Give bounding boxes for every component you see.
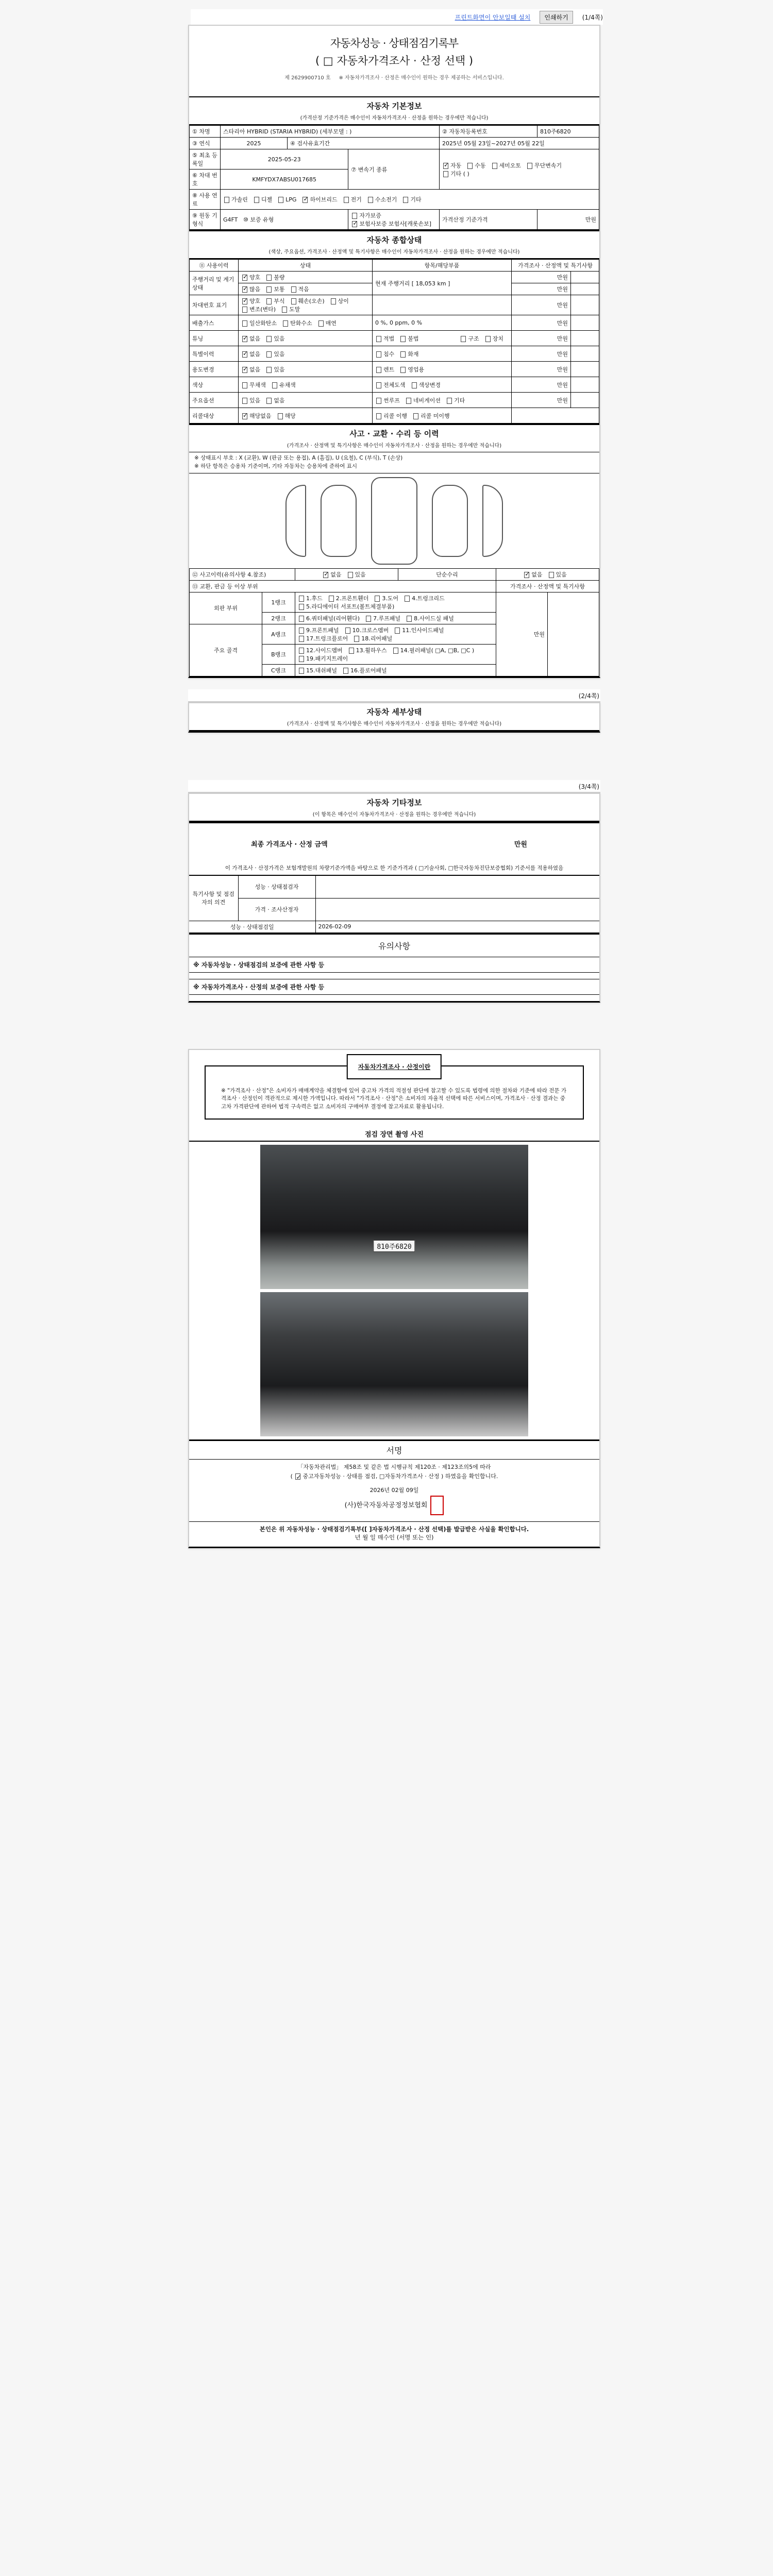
checkbox[interactable] [395, 628, 400, 634]
signature-title: 서명 [189, 1439, 599, 1460]
label: ② 자동차등록번호 [440, 126, 537, 138]
car-rear-icon [432, 485, 468, 557]
legend-note: ※ 하단 항목은 승용차 기준이며, 기타 자동차는 승용차에 준하여 표시 [194, 463, 594, 471]
option-label: 불량 [274, 274, 284, 281]
column-header: 상태 [239, 260, 373, 272]
checkbox[interactable] [242, 351, 247, 358]
table-row: 주행거리 및 계기상태양호불량현재 주행거리 [ 18,053 km ]만원 [190, 272, 599, 283]
checkbox[interactable] [345, 628, 350, 634]
checkbox[interactable] [366, 616, 371, 622]
part-label: 12.사이드멤버 [306, 647, 343, 654]
checkbox[interactable] [443, 171, 448, 177]
notes-section-2: ※ 자동차가격조사 · 산정의 보증에 관한 사항 등 [189, 979, 599, 995]
print-button[interactable]: 인쇄하기 [540, 11, 573, 24]
option-label: 썬루프 [383, 397, 400, 404]
page-3-number: (3/4쪽) [188, 780, 600, 793]
column-header: ⑪ 사용이력 [190, 260, 239, 272]
print-help-link[interactable]: 프린트화면이 안보일때 설치 [455, 13, 531, 22]
table-row: 특별이력없음있음침수화재만원 [190, 346, 599, 362]
option-label: 없음 [330, 571, 341, 578]
notes-title: 유의사항 [189, 933, 599, 957]
option-label: 보험사보증 보험사[캐롯손보] [359, 221, 431, 227]
detail-title: 자동차 세부상태 [189, 703, 599, 718]
signature-confirm: 중고자동차성능 · 상태를 점검, □자동차가격조사 · 산정 ) 하였음을 확… [303, 1473, 498, 1480]
checkbox[interactable] [299, 656, 304, 662]
checkbox[interactable] [318, 320, 324, 327]
checkbox[interactable] [331, 298, 336, 304]
other-info-subtitle: (이 항목은 매수인이 자동차가격조사 · 산정을 원하는 경우에만 적습니다) [189, 809, 599, 822]
option-label: 양호 [249, 298, 260, 304]
checkbox[interactable] [524, 572, 529, 578]
label: ⑩ 보증 유형 [243, 216, 274, 223]
option-label: 화재 [408, 351, 418, 358]
car-right-side-icon [482, 485, 503, 557]
checkbox[interactable] [343, 668, 348, 674]
checkbox[interactable] [254, 197, 259, 203]
option-label: 양호 [249, 274, 260, 281]
option-label: 자동 [450, 162, 461, 169]
warranty-options: 자가보증보험사보증 보험사[캐롯손보] [348, 210, 440, 230]
checkbox[interactable] [242, 367, 247, 373]
document-header: 자동차성능 · 상태점검기록부 ( □ 자동차가격조사 · 산정 선택 ) 제 … [189, 26, 599, 97]
label: ⑨ 원동 기형식 [190, 210, 221, 230]
page-2: 자동차 세부상태 (가격조사 · 산정액 및 특기사항은 매수인이 자동차가격조… [188, 702, 600, 733]
checkbox[interactable] [242, 298, 247, 304]
symbol-legend: ※ 상태표시 부호 : X (교환), W (판금 또는 용접), A (흠집)… [194, 454, 594, 463]
option-label: 네비게이션 [413, 397, 441, 404]
accident-title: 사고 · 교환 · 수리 등 이력 [189, 423, 599, 440]
option-label: 있음 [274, 351, 284, 358]
table-row: 외판 부위1랭크1.후드2.프론트휀더3.도어4.트렁크리드5.라디에이터 서포… [190, 592, 599, 612]
basic-info-title: 자동차 기본정보 [189, 97, 599, 112]
checkbox[interactable] [352, 213, 357, 219]
checkbox[interactable] [278, 413, 283, 419]
checkbox[interactable] [272, 382, 277, 388]
option-label: 있음 [355, 571, 366, 578]
option-label: 전기 [351, 196, 362, 203]
label: ③ 연식 [190, 138, 221, 149]
definition-box: 자동차가격조사 · 산정이란 ※ "가격조사 · 산정"은 소비자가 매매계약을… [205, 1065, 584, 1120]
overall-title: 자동차 종합상태 [189, 230, 599, 246]
checkbox[interactable] [266, 298, 272, 304]
checkbox[interactable] [344, 197, 349, 203]
basic-info-subtitle: (가격산정 기준가격은 매수인이 자동차가격조사 · 산정을 원하는 경우에만 … [189, 112, 599, 125]
page-2-number: (2/4쪽) [188, 689, 600, 702]
table-row: 튜닝없음있음적법불법구조장치만원 [190, 331, 599, 346]
checkbox[interactable] [242, 286, 247, 293]
label: 특기사항 및 점검자의 의견 [189, 875, 238, 921]
checkbox[interactable] [282, 307, 287, 313]
table-row: 배출가스일산화탄소탄화수소매연0 %, 0 ppm, 0 %만원 [190, 315, 599, 331]
label: 성능 · 상태점검일 [189, 921, 315, 933]
toolbar: 프린트화면이 안보일때 설치 인쇄하기 (1/4쪽) [191, 9, 603, 25]
column-header: 항목/해당부품 [373, 260, 512, 272]
checkbox[interactable] [407, 616, 412, 622]
label: 성능 · 상태점검자 [238, 875, 315, 898]
option-label: 기타 ( ) [450, 171, 469, 177]
checkbox[interactable] [242, 398, 247, 404]
price-basis: 이 가격조사 · 산정가격은 보험개발원의 차량기준가액을 바탕으로 한 기준가… [189, 861, 599, 875]
accident-table: ⑫ 사고이력(유의사항 4.참조)없음있음단순수리없음있음⑬ 교환, 판금 등 … [189, 568, 599, 676]
part-label: 18.리어패널 [361, 635, 392, 642]
checkbox[interactable] [299, 648, 304, 654]
option-label: 하이브리드 [310, 196, 337, 203]
receipt-statement: 본인은 위 자동차성능 · 상태점검기록부([ ]자동차가격조사 · 산정 선택… [189, 1525, 599, 1533]
checkbox[interactable] [461, 336, 466, 342]
option-label: 훼손(오손) [298, 298, 325, 304]
option-label: 있음 [556, 571, 567, 578]
part-label: 3.도어 [382, 595, 398, 602]
table-row: 색상무채색유채색전체도색색상변경만원 [190, 377, 599, 393]
checkbox[interactable] [413, 413, 418, 419]
checkbox[interactable] [266, 351, 272, 358]
option-label: 탄화수소 [290, 320, 312, 327]
car-diagram [189, 473, 599, 568]
checkbox[interactable] [242, 336, 247, 342]
option-label: 적법 [383, 335, 394, 342]
inspection-date: 2026-02-09 [315, 921, 599, 933]
final-price-label: 최종 가격조사 · 산정 금액 [251, 839, 328, 849]
checkbox[interactable] [400, 367, 406, 373]
label: ④ 검사유효기간 [288, 138, 440, 149]
option-label: 기타 [410, 196, 421, 203]
part-label: 2.프론트휀더 [336, 595, 369, 602]
buyer-signature[interactable]: 년 월 일 매수인 (서명 또는 인) [189, 1533, 599, 1541]
inspection-photo-rear [260, 1292, 528, 1436]
option-label: 없음 [249, 351, 260, 358]
option-label: 영업용 [408, 366, 424, 373]
checkbox[interactable] [348, 572, 353, 578]
table-row: 차대번호 표기양호부식훼손(오손)상이변조(변타)도말만원 [190, 295, 599, 315]
notes-section-1: ※ 자동차성능 · 상태점검의 보증에 관한 사항 등 [189, 957, 599, 973]
accident-subtitle: (가격조사 · 산정액 및 특기사항은 매수인이 자동차가격조사 · 산정을 원… [189, 440, 599, 452]
detail-subtitle: (가격조사 · 산정액 및 특기사항은 매수인이 자동차가격조사 · 산정을 원… [189, 718, 599, 731]
service-note: ※ 자동차가격조사 · 산정은 매수인이 원하는 경우 제공하는 서비스입니다. [339, 75, 503, 81]
checkbox[interactable] [376, 398, 381, 404]
option-label: 유채색 [279, 382, 296, 388]
checkbox[interactable] [400, 351, 406, 358]
first-registration: 2025-05-23 [221, 149, 348, 170]
photo-plate: 810주6820 [373, 1240, 415, 1252]
part-label: 19.패키지트레이 [306, 655, 348, 662]
signature-date: 2026년 02월 09일 [189, 1486, 599, 1496]
checkbox[interactable] [299, 668, 304, 674]
page-1: 자동차성능 · 상태점검기록부 ( □ 자동차가격조사 · 산정 선택 ) 제 … [188, 25, 600, 678]
checkbox[interactable] [467, 163, 473, 169]
car-top-icon [371, 477, 417, 565]
option-label: 구조 [468, 335, 479, 342]
checkbox[interactable] [376, 336, 381, 342]
option-label: 침수 [383, 351, 394, 358]
seal-icon [430, 1496, 444, 1515]
fuel-options: 가솔린디젤LPG하이브리드전기수소전기기타 [221, 190, 599, 210]
document-subtitle: ( □ 자동차가격조사 · 산정 선택 ) [189, 53, 599, 68]
label: ⑥ 차대 번호 [190, 170, 221, 190]
notes-2 [189, 995, 599, 1001]
option-label: 리콜 미이행 [421, 413, 450, 419]
checkbox[interactable] [291, 298, 296, 304]
checkbox[interactable] [278, 197, 283, 203]
vin: KMFYDX7ABSU017685 [221, 170, 348, 190]
option-label: 세미오토 [499, 162, 522, 169]
checkbox[interactable] [443, 163, 448, 169]
page-3: 자동차 기타정보 (이 항목은 매수인이 자동차가격조사 · 산정을 원하는 경… [188, 793, 600, 1003]
photos-title: 점검 장면 촬영 사진 [189, 1124, 599, 1142]
checkbox[interactable] [299, 636, 304, 642]
option-label: 적음 [298, 286, 309, 293]
organization: (사)한국자동차공정정보협회 [345, 1501, 428, 1509]
checkbox[interactable] [352, 221, 357, 227]
checkbox[interactable] [376, 367, 381, 373]
inspection-photo-front: 810주6820 [260, 1145, 528, 1289]
signature-law: 「자동차관리법」 제58조 및 같은 법 시행규칙 제120조 · 제123조의… [189, 1463, 599, 1472]
part-label: 7.루프패널 [373, 615, 400, 622]
option-label: 장치 [493, 335, 503, 342]
column-header: 가격조사 · 산정액 및 특기사항 [512, 260, 599, 272]
option-label: 없음 [274, 397, 284, 404]
part-label: 4.트렁크리드 [412, 595, 445, 602]
part-label: 11.인사이드패널 [402, 627, 444, 634]
option-label: 없음 [249, 335, 260, 342]
checkbox[interactable] [447, 398, 452, 404]
engine-type: G4FT [223, 216, 238, 223]
checkbox[interactable] [412, 382, 417, 388]
option-label: 없음 [531, 571, 542, 578]
checkbox[interactable] [349, 648, 354, 654]
option-label: 해당 [285, 413, 296, 419]
option-label: 수소전기 [375, 196, 397, 203]
option-label: 자가보증 [359, 212, 381, 219]
checkbox[interactable] [492, 163, 497, 169]
option-label: 없음 [249, 366, 260, 373]
option-label: 해당없음 [249, 413, 272, 419]
checkbox[interactable] [354, 636, 359, 642]
option-label: 도말 [289, 306, 300, 313]
checkbox[interactable] [549, 572, 554, 578]
part-label: 14.필러패널( □A, □B, □C ) [400, 647, 475, 654]
checkbox[interactable] [376, 382, 381, 388]
checkbox[interactable] [299, 616, 304, 622]
option-label: 기타 [454, 397, 465, 404]
option-label: 불법 [408, 335, 418, 342]
opinion-table: 특기사항 및 점검자의 의견 성능 · 상태점검자 가격 · 조사산정자 성능 … [189, 875, 599, 933]
model-year: 2025 [221, 138, 288, 149]
option-label: 색상변경 [419, 382, 441, 388]
checkbox[interactable] [266, 286, 272, 293]
checkbox[interactable] [329, 596, 334, 602]
other-info-title: 자동차 기타정보 [189, 794, 599, 809]
checkbox[interactable] [299, 604, 304, 610]
transmission-options: 자동수동세미오토무단변속기기타 ( ) [440, 149, 599, 190]
label: ⑦ 변속기 종류 [348, 149, 440, 190]
option-label: 있음 [249, 397, 260, 404]
option-label: 보통 [274, 286, 284, 293]
basic-info-table: ① 차명 스타리아 HYBRID (STARIA HYBRID) (세부모델 :… [189, 125, 599, 230]
label: 가격 · 조사산정자 [238, 898, 315, 921]
checkbox[interactable] [375, 596, 380, 602]
checkbox[interactable] [393, 648, 398, 654]
base-price-unit: 만원 [537, 210, 599, 230]
final-price-unit: 만원 [514, 839, 527, 849]
option-label: 리콜 이행 [383, 413, 407, 419]
table-row: 주요옵션있음없음썬루프네비게이션기타만원 [190, 393, 599, 408]
checkbox[interactable] [323, 572, 328, 578]
label: 가격산정 기준가격 [440, 210, 537, 230]
page-4: 자동차가격조사 · 산정이란 ※ "가격조사 · 산정"은 소비자가 매매계약을… [188, 1049, 600, 1548]
document-number: 제 2629900710 호 [284, 75, 330, 81]
document-title: 자동차성능 · 상태점검기록부 [189, 35, 599, 50]
option-label: 무단변속기 [534, 162, 562, 169]
checkbox[interactable] [527, 163, 532, 169]
checkbox[interactable] [376, 413, 381, 419]
checkbox[interactable] [266, 398, 272, 404]
part-label: 1.후드 [306, 595, 323, 602]
definition-title: 자동차가격조사 · 산정이란 [347, 1054, 442, 1079]
option-label: 상이 [338, 298, 349, 304]
part-label: 10.크로스멤버 [352, 627, 389, 634]
label: ⑧ 사용 연료 [190, 190, 221, 210]
part-label: 8.사이드실 패널 [414, 615, 454, 622]
checkbox[interactable] [266, 336, 272, 342]
checkbox[interactable] [242, 382, 247, 388]
option-label: 수동 [475, 162, 485, 169]
inspector-opinion[interactable] [315, 875, 599, 898]
checkbox[interactable] [242, 307, 247, 313]
checkbox[interactable] [291, 286, 296, 293]
option-label: 가솔린 [231, 196, 248, 203]
overall-table: ⑪ 사용이력상태항목/해당부품가격조사 · 산정액 및 특기사항주행거리 및 계… [189, 259, 599, 423]
checkbox[interactable] [303, 197, 308, 203]
overall-subtitle: (색상, 주요옵션, 가격조사 · 산정액 및 특기사항은 매수인이 자동차가격… [189, 246, 599, 259]
part-label: 17.트렁크플로어 [306, 635, 348, 642]
option-label: 있음 [274, 366, 284, 373]
part-label: 15.대쉬패널 [306, 667, 337, 674]
checkbox[interactable] [283, 320, 288, 327]
checkbox[interactable] [406, 398, 411, 404]
page-number: (1/4쪽) [582, 13, 603, 22]
part-label: 5.라디에이터 서포트(볼트체결부품) [306, 603, 394, 610]
table-row: 용도변경없음있음렌트영업용만원 [190, 362, 599, 377]
checkbox [295, 1473, 300, 1480]
checkbox[interactable] [376, 351, 381, 358]
car-left-side-icon [285, 485, 306, 557]
option-label: 있음 [274, 335, 284, 342]
checkbox[interactable] [403, 197, 408, 203]
checkbox[interactable] [299, 596, 304, 602]
part-label: 6.쿼터패널(리어휀다) [306, 615, 360, 622]
option-label: LPG [285, 196, 296, 203]
option-label: 무채색 [249, 382, 266, 388]
notes-1 [189, 973, 599, 979]
checkbox[interactable] [266, 275, 272, 281]
checkbox[interactable] [242, 413, 247, 419]
checkbox[interactable] [299, 628, 304, 634]
option-label: 많음 [249, 286, 260, 293]
engine-type-cell: G4FT ⑩ 보증 유형 [221, 210, 348, 230]
checkbox[interactable] [400, 336, 406, 342]
checkbox[interactable] [485, 336, 491, 342]
label: ① 차명 [190, 126, 221, 138]
plate-number: 810주6820 [537, 126, 599, 138]
table-row: 리콜대상해당없음해당리콜 이행리콜 미이행 [190, 408, 599, 423]
checkbox[interactable] [242, 275, 247, 281]
inspection-validity: 2025년 05월 23일~2027년 05월 22일 [440, 138, 599, 149]
checkbox[interactable] [368, 197, 373, 203]
checkbox[interactable] [224, 197, 229, 203]
part-label: 9.프론트패널 [306, 627, 339, 634]
option-label: 부식 [274, 298, 284, 304]
option-label: 디젤 [261, 196, 272, 203]
appraiser-opinion[interactable] [315, 898, 599, 921]
car-name: 스타리아 HYBRID (STARIA HYBRID) (세부모델 : ) [221, 126, 440, 138]
option-label: 매연 [326, 320, 337, 327]
checkbox[interactable] [266, 367, 272, 373]
option-label: 전체도색 [383, 382, 406, 388]
car-front-icon [321, 485, 357, 557]
option-label: 변조(변타) [249, 306, 276, 313]
option-label: 일산화탄소 [249, 320, 277, 327]
option-label: 렌트 [383, 366, 394, 373]
part-label: 16.플로어패널 [350, 667, 387, 674]
label: ⑤ 최초 등록일 [190, 149, 221, 170]
checkbox[interactable] [242, 320, 247, 327]
part-label: 13.휠하우스 [356, 647, 387, 654]
checkbox[interactable] [405, 596, 410, 602]
